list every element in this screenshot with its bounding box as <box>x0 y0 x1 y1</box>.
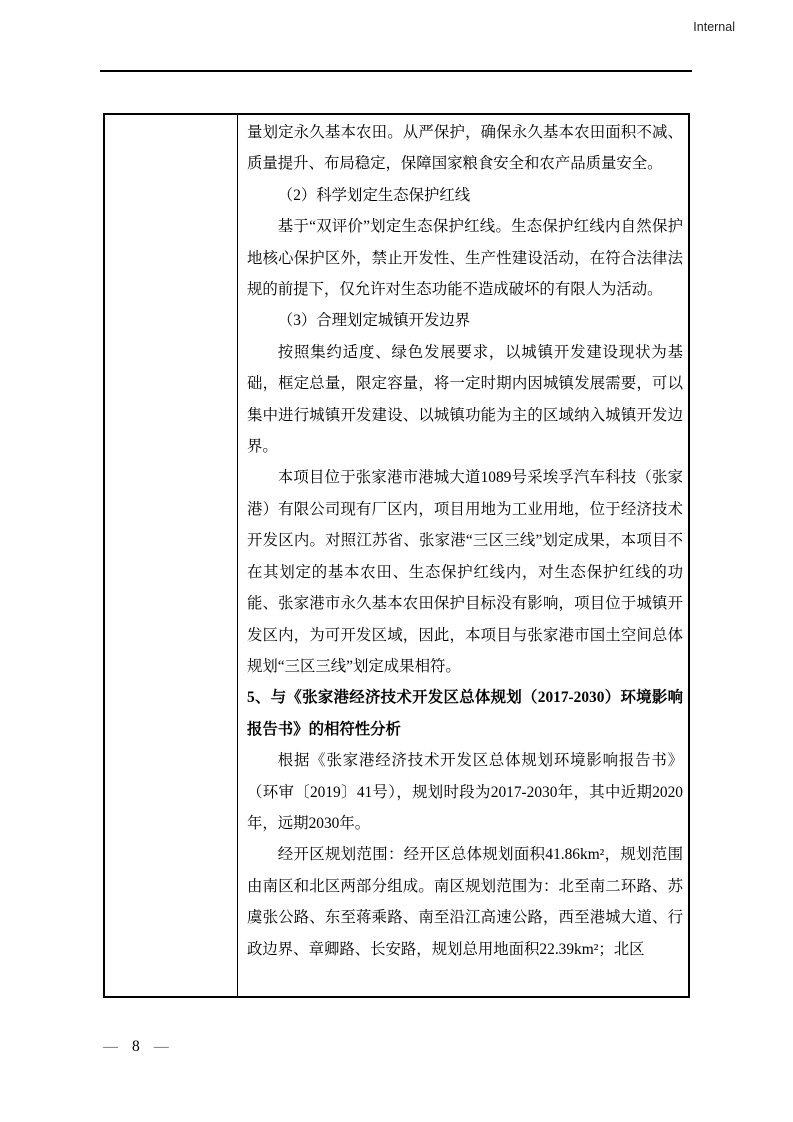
body-paragraph: 量划定永久基本农田。从严保护，确保永久基本农田面积不减、质量提升、布局稳定，保障… <box>247 117 683 180</box>
table-right-cell: 量划定永久基本农田。从严保护，确保永久基本农田面积不减、质量提升、布局稳定，保障… <box>238 115 688 996</box>
compliance-analysis-table: 量划定永久基本农田。从严保护，确保永久基本农田面积不减、质量提升、布局稳定，保障… <box>103 113 690 998</box>
body-paragraph: 基于“双评价”划定生态保护红线。生态保护红线内自然保护地核心保护区外，禁止开发性… <box>247 211 683 305</box>
page-footer: — 8 — <box>103 1038 169 1056</box>
body-paragraph: 根据《张家港经济技术开发区总体规划环境影响报告书》（环审〔2019〕41号），规… <box>247 745 683 839</box>
page-number: 8 <box>132 1038 140 1056</box>
body-paragraph: （3）合理划定城镇开发边界 <box>247 305 683 336</box>
body-paragraph: 经开区规划范围：经开区总体规划面积41.86km²，规划范围由南区和北区两部分组… <box>247 839 683 965</box>
body-paragraph: 本项目位于张家港市港城大道1089号采埃孚汽车科技（张家港）有限公司现有厂区内，… <box>247 462 683 682</box>
internal-confidentiality-label: Internal <box>693 20 735 34</box>
section-heading: 5、与《张家港经济技术开发区总体规划（2017-2030）环境影响报告书》的相符… <box>247 682 683 745</box>
header-rule <box>100 70 692 72</box>
footer-left-dash: — <box>103 1039 118 1056</box>
body-paragraph: 按照集约适度、绿色发展要求，以城镇开发建设现状为基础，框定总量，限定容量，将一定… <box>247 337 683 463</box>
footer-right-dash: — <box>154 1039 169 1056</box>
body-paragraph: （2）科学划定生态保护红线 <box>247 180 683 211</box>
table-left-cell <box>105 115 238 996</box>
